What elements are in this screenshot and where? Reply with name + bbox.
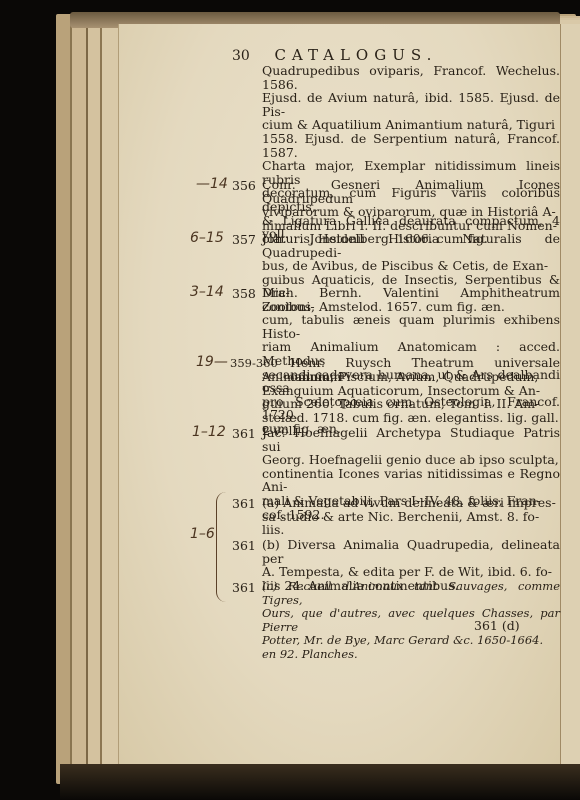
text-line: Georg. Hoefnagelii genio duce ab ipso sc… xyxy=(262,453,560,467)
catchword: 361 (d) xyxy=(474,618,520,633)
margin-note: 19— xyxy=(196,354,228,370)
text-line: (b) Diversa Animalia Quadrupedia, deline… xyxy=(262,538,560,565)
text-line: liis. xyxy=(262,523,560,537)
text-line: stelæd. 1718. cum fig. æn. elegantiss. l… xyxy=(262,411,560,425)
text-line: (a) Animalia ad vivum delineata & æri im… xyxy=(262,496,560,510)
entry-number: 357 xyxy=(232,232,256,247)
entry-number: 361 xyxy=(232,426,256,441)
text-line: (c) Recueil d'Animaux tant Sauvages, com… xyxy=(262,580,560,607)
running-header: 30 CATALOGUS. xyxy=(232,46,437,64)
text-line: Animalium, Piscium, Avium, Quadrupedum, xyxy=(262,370,560,384)
margin-note: 1–12 xyxy=(192,424,226,440)
entry-number: 356 xyxy=(232,178,256,193)
text-line: A. Tempesta, & edita per F. de Wit, ibid… xyxy=(262,565,560,579)
catalog-entry: (a) Animalia ad vivum delineata & æri im… xyxy=(262,496,560,537)
text-line: Potter, Mr. de Bye, Marc Gerard &c. 1650… xyxy=(262,634,560,648)
margin-note: 6–15 xyxy=(190,230,224,246)
entry-number: 361 xyxy=(232,496,256,511)
running-title: CATALOGUS. xyxy=(274,46,437,64)
margin-note: 3–14 xyxy=(190,284,224,300)
entry-number: 359-360 xyxy=(230,356,278,370)
margin-note: 1–6 xyxy=(190,526,215,542)
text-line: Ejusd. de Avium naturâ, ibid. 1585. Ejus… xyxy=(262,91,560,118)
text-line: continentia Icones varias nitidissimas e… xyxy=(262,467,560,494)
margin-note: —14 xyxy=(196,176,228,192)
manuscript-brace xyxy=(216,492,227,602)
text-line: en 92. Planches. xyxy=(262,648,560,662)
entry-number: 361 xyxy=(232,538,256,553)
text-line: 1558. Ejusd. de Serpentium naturâ, Franc… xyxy=(262,132,560,159)
page-number: 30 xyxy=(232,48,270,64)
text-line: Joh. Jonstonii Historia Naturalis de Qua… xyxy=(262,232,560,259)
bottom-shadow xyxy=(60,764,580,800)
text-line: Exanguium Aquaticorum, Insectorum & An- xyxy=(262,384,560,398)
text-line: cium & Aquatilium Animantium naturâ, Tig… xyxy=(262,118,560,132)
entry-number: 358 xyxy=(232,286,256,301)
text-line: cum, tabulis æneis quam plurimis exhiben… xyxy=(262,313,560,340)
text-line: Mich. Bernh. Valentini Amphitheatrum Zoo… xyxy=(262,286,560,313)
right-page-edge xyxy=(560,24,580,764)
text-line: Conr. Gesneri Animalium Icones Quadruped… xyxy=(262,178,560,205)
text-line: sa studio & arte Nic. Berchenii, Amst. 8… xyxy=(262,510,560,524)
text-line: Jac. Hoefnagelii Archetypa Studiaque Pat… xyxy=(262,426,560,453)
text-line: bus, de Avibus, de Piscibus & Cetis, de … xyxy=(262,259,560,273)
text-line: guium 260. Tabulis ornatum, Tom. I. II. … xyxy=(262,397,560,411)
text-line: viviparorum & oviparorum, quæ in Histori… xyxy=(262,205,560,219)
text-line: Quadrupedibus oviparis, Francof. Wechelu… xyxy=(262,64,560,91)
entry-number: 361 xyxy=(232,580,256,595)
